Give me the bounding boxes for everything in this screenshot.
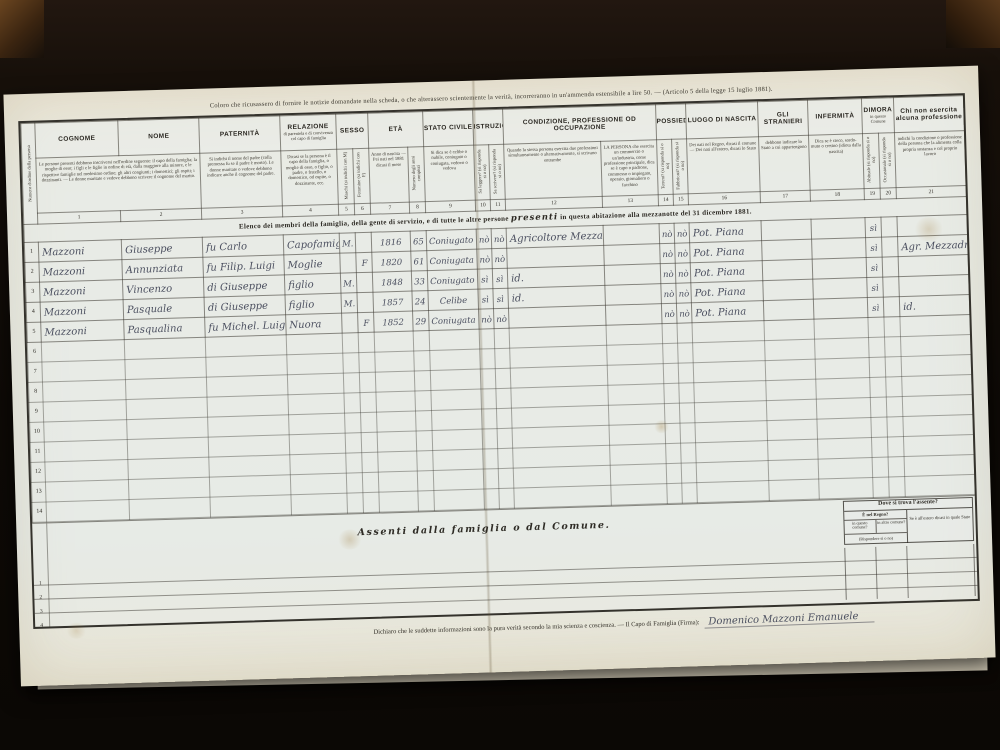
absent-row-number: 4 xyxy=(35,622,48,628)
column-note: indichi la condizione o professione dell… xyxy=(894,130,966,187)
column-note: Abituale (si risponda sì o no) xyxy=(862,133,880,188)
column-group-luogo-di-nascita: LUOGO DI NASCITA xyxy=(686,102,759,139)
column-group-eta: ETÀ xyxy=(368,111,424,148)
respond-instruction: (Rispondere sì o no) xyxy=(845,533,907,542)
photo-backdrop: Coloro che ricusassero di fornire le not… xyxy=(0,0,1000,750)
cell-anno-nascita: 1852 xyxy=(374,311,414,332)
cell-stranieri xyxy=(762,259,813,280)
cell-cognome: Mazzoni xyxy=(40,299,124,321)
cell-chi-non-esercita xyxy=(899,274,970,296)
cell-stato-civile: Coniugato xyxy=(426,229,477,250)
cell-anno-nascita: 1857 xyxy=(373,291,413,312)
cell-nome: Giuseppe xyxy=(121,237,203,259)
column-number: 15 xyxy=(673,194,688,205)
column-number: 10 xyxy=(475,199,490,210)
declaration-text: Dichiaro che le suddette informazioni so… xyxy=(373,619,699,636)
cell-dimora-occasionale xyxy=(882,256,899,276)
cell-ordine: 11 xyxy=(30,442,45,462)
cell-ordine: 12 xyxy=(31,462,46,482)
cell-chi-non-esercita: id. xyxy=(899,294,970,316)
other-commune-question: in altro comune? xyxy=(876,519,907,533)
table-corner-top-left xyxy=(0,0,44,58)
cell-relazione: figlio xyxy=(285,293,342,315)
column-note: Maschi (si indichi con M) xyxy=(337,149,355,204)
cell-sa-scrivere: nò xyxy=(494,308,510,328)
cell-luogo-nascita: Pot. Piana xyxy=(690,260,763,282)
cell-cognome: Mazzoni xyxy=(41,319,125,341)
cell-ordine: 9 xyxy=(29,402,44,422)
column-group-stato-civile: STATO CIVILE xyxy=(423,110,474,146)
column-note: Dicasi se la persona è il capo della fam… xyxy=(281,149,339,206)
column-group-infermita: INFERMITÀ xyxy=(807,98,862,135)
cell-stato-civile: Coniugata xyxy=(427,249,478,270)
cell-terreni: nò xyxy=(661,283,677,303)
column-note: Anno di nascita — Pei nati nel 1881 dica… xyxy=(369,147,410,203)
cell-stranieri xyxy=(761,219,812,240)
cell-nome: Pasquale xyxy=(123,297,205,319)
cell-ordine: 14 xyxy=(32,502,47,522)
this-commune-question: in questo comune? xyxy=(844,520,876,534)
cell-sa-leggere: sì xyxy=(477,268,493,288)
cell-la-persona xyxy=(605,303,662,325)
cell-cognome: Mazzoni xyxy=(39,259,123,281)
cell-ordine: 7 xyxy=(28,362,43,382)
cell-sa-leggere: nò xyxy=(479,308,495,328)
cell-fabbricati: nò xyxy=(675,243,691,263)
cell-dimora-occasionale xyxy=(883,296,900,316)
cell-infermita xyxy=(812,257,867,279)
cell-anni-compiuti: 65 xyxy=(410,230,427,250)
column-group-nome: NOME xyxy=(118,118,200,155)
cell-la-persona xyxy=(605,283,662,305)
column-number: 14 xyxy=(658,194,673,205)
census-table: Numero d'ordine della personaCOGNOMENOME… xyxy=(20,95,975,523)
cell-nome: Vincenzo xyxy=(122,277,204,299)
column-number: 19 xyxy=(864,188,880,199)
cell-stato-civile: Celibe xyxy=(428,289,479,310)
column-number: 5 xyxy=(338,204,354,215)
cell-relazione: Capofamiglia xyxy=(283,233,340,255)
cell-ordine: 10 xyxy=(30,422,45,442)
absent-box-kingdom-column: È nel Regno? in questo comune? in altro … xyxy=(844,510,908,545)
cell-paternita: fu Michel. Luigi xyxy=(205,315,287,337)
cell-sa-leggere: sì xyxy=(478,288,494,308)
abroad-question: Se è all'estero dicasi in quale Stato xyxy=(907,508,973,543)
cell-fabbricati: nò xyxy=(676,283,692,303)
cell-maschi xyxy=(340,253,357,273)
column-number: 8 xyxy=(409,201,425,212)
column-group-condizione: CONDIZIONE, PROFESSIONE OD OCCUPAZIONE xyxy=(503,105,657,145)
column-number: 11 xyxy=(490,199,505,210)
column-note: Numero degli anni compiuti xyxy=(408,146,426,201)
cell-sa-leggere: nò xyxy=(477,248,493,268)
cell-paternita: di Giuseppe xyxy=(204,295,286,317)
cell-maschi: M. xyxy=(339,233,356,253)
column-note: debbono indicare lo Stato a cui apparten… xyxy=(759,135,811,191)
cell-stranieri xyxy=(763,299,814,320)
column-group-cognome: COGNOME xyxy=(35,121,119,158)
cell-dimora-abituale: sì xyxy=(865,217,882,237)
cell-anno-nascita: 1816 xyxy=(371,231,411,252)
column-note: Le persone presenti debbono inscriversi … xyxy=(36,153,202,213)
cell-dimora-abituale: sì xyxy=(867,297,884,317)
cell-terreni: nò xyxy=(659,223,675,243)
cell-fabbricati: nò xyxy=(674,223,690,243)
cell-luogo-nascita: Pot. Piana xyxy=(691,280,764,302)
column-note: Quando la stessa persona esercita due pr… xyxy=(504,141,603,199)
cell-terreni: nò xyxy=(660,243,676,263)
cell-ordine: 13 xyxy=(31,482,46,502)
cell-la-persona xyxy=(604,243,661,265)
cell-stato-civile: Coniugata xyxy=(429,309,480,330)
cell-chi-non-esercita xyxy=(897,214,968,236)
cell-ordine: 4 xyxy=(26,302,41,322)
column-note: LA PERSONA che esercita un commercio o u… xyxy=(601,140,659,197)
cell-relazione: figlio xyxy=(284,273,341,295)
column-note: Sa scrivere? (si risponda sì o no) xyxy=(489,144,506,199)
cell-femmine xyxy=(357,292,374,312)
cell-anni-compiuti: 33 xyxy=(411,270,428,290)
cell-dimora-abituale: sì xyxy=(866,257,883,277)
cell-dimora-occasionale xyxy=(881,216,898,236)
column-note: Dei nati nel Regno, dicasi il comune — D… xyxy=(687,137,761,194)
column-note: Dica se è cieco, sordo-muto o cretino (i… xyxy=(809,133,865,190)
cell-stranieri xyxy=(762,239,813,260)
cell-sa-scrivere: nò xyxy=(491,228,507,248)
absent-location-box: Dove si trova l'assente? È nel Regno? in… xyxy=(843,497,974,545)
cell-infermita xyxy=(813,297,868,319)
cell-stranieri xyxy=(763,279,814,300)
column-group-chi-non-esercita: Chi non esercita alcuna professione xyxy=(893,95,964,132)
cell-femmine xyxy=(355,232,372,252)
cell-anni-compiuti: 61 xyxy=(411,250,428,270)
column-group-relazione: RELAZIONEdi parentela e di convivenza co… xyxy=(280,114,337,151)
cell-la-persona xyxy=(603,223,660,245)
cell-ordine: 2 xyxy=(25,262,40,282)
column-group-dimora: DIMORAin questo Comune xyxy=(861,97,894,133)
absent-box-column-lines xyxy=(844,544,975,600)
column-note: Si dica se è celibe o nubile, coniugato … xyxy=(424,145,476,201)
cell-dimora-occasionale xyxy=(883,276,900,296)
cell-stato-civile: Coniugato xyxy=(427,269,478,290)
cell-dimora-abituale: sì xyxy=(867,277,884,297)
column-group-paternita: PATERNITÀ xyxy=(199,116,281,153)
cell-femmine: F xyxy=(358,312,375,332)
cell-maschi: M. xyxy=(341,292,358,312)
cell-fabbricati: nò xyxy=(676,303,692,323)
column-group-sesso: SESSO xyxy=(336,113,369,149)
cell-cognome: Mazzoni xyxy=(38,239,122,261)
cell-paternita: fu Filip. Luigi xyxy=(203,255,285,277)
cell-infermita xyxy=(812,237,867,259)
head-of-family-signature: Domenico Mazzoni Emanuele xyxy=(704,610,874,628)
cell-ordine: 6 xyxy=(27,342,42,362)
cell-dimora-occasionale xyxy=(882,236,899,256)
cell-maschi: M. xyxy=(340,272,357,292)
cell-relazione: Nuora xyxy=(286,313,343,335)
cell-anno-nascita: 1820 xyxy=(372,251,412,272)
cell-paternita: fu Carlo xyxy=(202,235,284,257)
census-form-sheet: Coloro che ricusassero di fornire le not… xyxy=(3,66,995,687)
column-group-istruzione: ISTRUZIONE xyxy=(473,109,504,145)
absent-section-title: Assenti dalla famiglia o dal Comune. xyxy=(232,516,735,542)
cell-ordine: 8 xyxy=(28,382,43,402)
cell-nome: Pasqualina xyxy=(124,317,206,339)
cell-luogo-nascita: Pot. Piana xyxy=(690,240,763,262)
column-group-stranieri: GLI STRANIERI xyxy=(758,100,809,136)
table-corner-top-right xyxy=(946,0,1000,48)
cell-relazione: Moglie xyxy=(284,253,341,275)
column-note: Fabbricati? (si risponda sì o no) xyxy=(672,139,689,194)
cell-la-persona xyxy=(604,263,661,285)
cell-anni-compiuti: 24 xyxy=(412,290,429,310)
cell-sa-scrivere: sì xyxy=(492,268,508,288)
cell-sa-scrivere: nò xyxy=(492,248,508,268)
cell-paternita: di Giuseppe xyxy=(203,275,285,297)
cell-chi-non-esercita: Agr. Mezzadro xyxy=(898,234,969,256)
cell-anno-nascita: 1848 xyxy=(372,271,412,292)
cell-luogo-nascita: Pot. Piana xyxy=(689,220,762,242)
cell-maschi xyxy=(342,312,359,332)
cell-infermita xyxy=(811,217,866,239)
column-note: Si indichi il nome del padre (colla prem… xyxy=(200,151,283,208)
cell-cognome: Mazzoni xyxy=(40,279,124,301)
cell-fabbricati: nò xyxy=(675,263,691,283)
cell-terreni: nò xyxy=(660,263,676,283)
cell-terreni: nò xyxy=(661,303,677,323)
cell-chi-non-esercita xyxy=(898,254,969,276)
column-note: Terreni? (si risponda sì o no) xyxy=(657,139,674,194)
cell-femmine xyxy=(356,272,373,292)
column-note: Sa leggere? (si risponda sì o no) xyxy=(474,145,491,200)
census-table-frame: Numero d'ordine della personaCOGNOMENOME… xyxy=(18,93,980,629)
cell-nome: Annunziata xyxy=(122,257,204,279)
column-number: 20 xyxy=(880,187,896,198)
column-group-possiede: POSSIEDE xyxy=(656,104,687,140)
cell-dimora-abituale: sì xyxy=(866,237,883,257)
cell-ordine: 3 xyxy=(26,282,41,302)
column-note: Occasionale (si risponda sì o no) xyxy=(878,132,896,187)
column-number: 6 xyxy=(354,203,370,214)
cell-infermita xyxy=(813,277,868,299)
cell-sa-leggere: nò xyxy=(476,228,492,248)
cell-anni-compiuti: 29 xyxy=(413,310,430,330)
cell-ordine: 1 xyxy=(24,242,39,262)
cell-femmine: F xyxy=(356,252,373,272)
column-note: Femmine (si indichi con F) xyxy=(353,148,371,203)
cell-sa-scrivere: sì xyxy=(493,288,509,308)
cell-ordine: 5 xyxy=(27,322,42,342)
cell-luogo-nascita: Pot. Piana xyxy=(691,300,764,322)
